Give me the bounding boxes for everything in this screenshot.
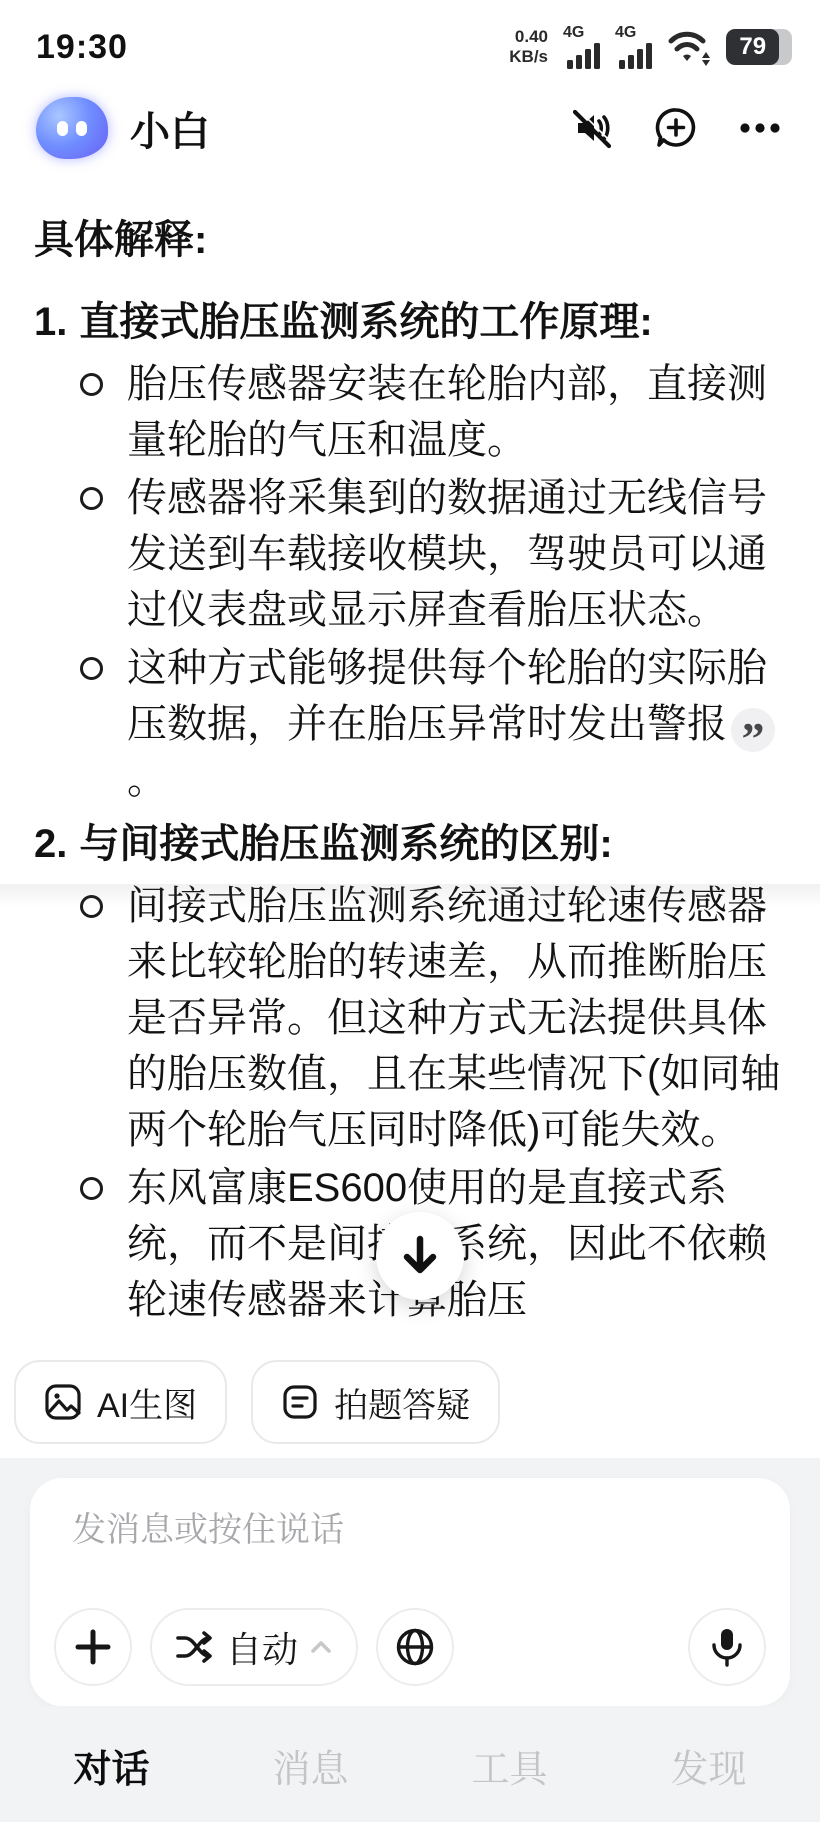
tab-tools[interactable]: 工具 [410,1738,609,1822]
model-mode-selector[interactable]: 自动 [150,1608,358,1686]
assistant-avatar[interactable] [36,97,108,159]
bullet-point: 胎压传感器安装在轮胎内部，直接测量轮胎的气压和温度。 [80,356,792,468]
globe-icon [394,1626,436,1668]
list-number: 1. [34,294,67,350]
shuffle-icon [176,1631,214,1663]
signal-bars-icon [567,43,600,69]
network-speed-unit: KB/s [509,47,548,67]
app-screen: 19:30 0.40 KB/s 4G 4G [0,0,820,1822]
chat-header: 小白 [0,90,820,166]
quick-actions-bar: AI生图 拍题答疑 [0,1346,820,1458]
tab-messages[interactable]: 消息 [211,1738,410,1822]
tab-chat[interactable]: 对话 [12,1738,211,1822]
voice-input-button[interactable] [688,1608,766,1686]
chevron-up-icon [310,1640,332,1654]
sim2-signal: 4G [615,25,652,69]
signal-bars-icon [619,43,652,69]
status-icons: 0.40 KB/s 4G 4G [509,25,792,69]
status-bar: 19:30 0.40 KB/s 4G 4G [0,0,820,80]
image-icon [44,1383,82,1421]
network-speed-value: 0.40 [509,27,548,47]
ai-image-chip[interactable]: AI生图 [14,1360,227,1444]
message-heading: 具体解释: [34,212,792,268]
chip-label: 拍题答疑 [334,1378,470,1427]
bullet-point: 传感器将采集到的数据通过无线信号发送到车载接收模块，驾驶员可以通过仪表盘或显示屏… [80,470,792,638]
form-icon [281,1383,319,1421]
bullet-circle-icon [80,373,103,396]
list-item-title: 直接式胎压监测系统的工作原理: [79,294,652,350]
composer-controls: 自动 [54,1608,766,1686]
network-speed: 0.40 KB/s [509,27,548,67]
message-input-card[interactable]: 自动 [30,1478,790,1706]
bottom-tab-bar: 对话 消息 工具 发现 [0,1706,820,1822]
clock: 19:30 [36,28,128,67]
microphone-icon [710,1627,744,1667]
header-actions [568,104,784,152]
screenshot-seam [0,884,820,908]
scroll-to-bottom-button[interactable] [376,1212,464,1300]
more-ellipsis-icon[interactable] [736,104,784,152]
attach-plus-button[interactable] [54,1608,132,1686]
photo-qa-chip[interactable]: 拍题答疑 [251,1360,500,1444]
mode-label: 自动 [226,1622,298,1673]
battery-percentage: 79 [726,29,779,65]
tab-discover[interactable]: 发现 [609,1738,808,1822]
sim1-signal: 4G [563,25,600,69]
battery-icon: 79 [726,29,792,65]
sim2-network-type: 4G [615,25,636,41]
bullet-circle-icon [80,487,103,510]
new-chat-bubble-plus-icon[interactable] [652,104,700,152]
bullet-circle-icon [80,1177,103,1200]
plus-icon [75,1629,111,1665]
web-search-button[interactable] [376,1608,454,1686]
list-item-title: 与间接式胎压监测系统的区别: [79,816,612,872]
bullet-circle-icon [80,657,103,680]
assistant-message: 具体解释: 1. 直接式胎压监测系统的工作原理: 胎压传感器安装在轮胎内部，直接… [0,176,820,1356]
muted-speaker-icon[interactable] [568,104,616,152]
chip-label: AI生图 [97,1378,197,1427]
assistant-name: 小白 [130,100,210,157]
message-input[interactable] [70,1504,750,1556]
citation-badge[interactable]: ” [731,708,775,752]
bullet-point: 这种方式能够提供每个轮胎的实际胎压数据，并在胎压异常时发出警报”。 [80,640,792,808]
arrow-down-icon [400,1234,440,1278]
list-number: 2. [34,816,67,872]
sim1-network-type: 4G [563,25,584,41]
wifi-icon [667,28,711,66]
bullet-point: 间接式胎压监测系统通过轮速传感器来比较轮胎的转速差，从而推断胎压是否异常。但这种… [80,878,792,1158]
list-item-1: 1. 直接式胎压监测系统的工作原理: 胎压传感器安装在轮胎内部，直接测量轮胎的气… [34,294,792,808]
